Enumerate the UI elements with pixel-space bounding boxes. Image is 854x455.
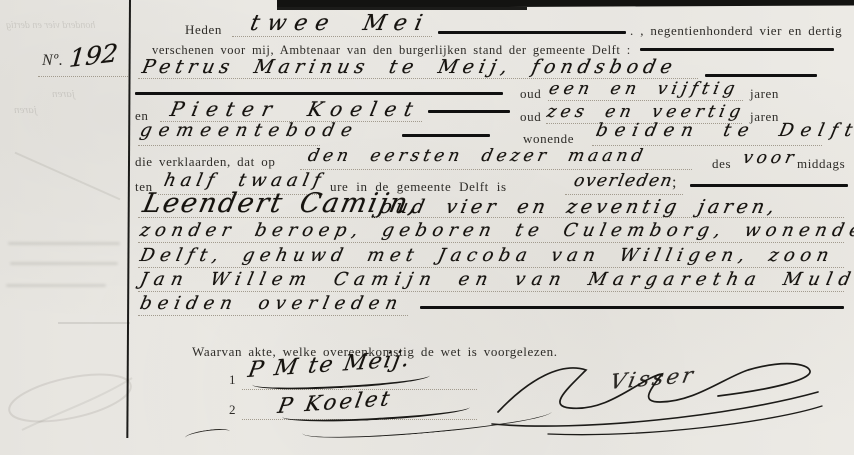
dotted-leader bbox=[138, 267, 844, 268]
handwritten-occupation2: gemeentebode bbox=[138, 120, 361, 141]
stray-pen-stroke bbox=[185, 427, 231, 442]
bleed-through-mark bbox=[6, 284, 106, 287]
dotted-leader bbox=[565, 194, 683, 195]
ink-line bbox=[428, 110, 510, 113]
bleed-through-text-jaren-b: jaren bbox=[14, 104, 37, 116]
handwritten-residence: beiden te Delft bbox=[594, 120, 854, 141]
handwritten-age1: een en vijftig bbox=[547, 79, 741, 99]
handwritten-declarant2: Pieter Koelet bbox=[168, 97, 423, 121]
deceased-detail-line-3: Delft, gehuwd met Jacoba van Willigen, z… bbox=[138, 245, 854, 266]
dotted-leader bbox=[138, 315, 408, 316]
registrar-signature-block: Visser bbox=[490, 350, 825, 438]
bleed-through-signature-oval bbox=[2, 360, 137, 440]
handwritten-declarant1: Petrus Marinus te Meij, fondsbode bbox=[140, 56, 679, 78]
act-number-value: 192 bbox=[68, 38, 119, 73]
act-number-underline bbox=[38, 76, 128, 77]
dotted-leader bbox=[138, 291, 844, 292]
bleed-through-mark bbox=[8, 242, 120, 245]
dotted-leader bbox=[138, 145, 320, 146]
bleed-through-text-year: honderd vier en dertig bbox=[6, 20, 95, 31]
deceased-detail-line-4: Jan Willem Camijn en van Margaretha Muld… bbox=[138, 269, 854, 290]
deceased-detail-line-2: zonder beroep, geboren te Culemborg, won… bbox=[138, 220, 854, 241]
dotted-leader bbox=[138, 242, 844, 243]
bleed-through-text-jaren-a: jaren bbox=[52, 88, 75, 100]
dotted-leader bbox=[548, 100, 743, 101]
ink-line bbox=[402, 134, 490, 137]
printed-oud-label-2: oud bbox=[520, 109, 541, 125]
printed-jaren-label: jaren bbox=[750, 86, 779, 102]
act-number-label: Nº. bbox=[42, 52, 63, 70]
printed-des-label: des bbox=[712, 156, 731, 172]
printed-heden: Heden bbox=[185, 22, 222, 38]
printed-middags-label: middags bbox=[797, 156, 845, 172]
death-certificate-page: honderd vier en dertig Nº. 192 jaren jar… bbox=[0, 0, 854, 455]
handwritten-daypart: voor bbox=[741, 148, 799, 168]
handwritten-death-date: den eersten dezer maand bbox=[306, 146, 648, 166]
handwritten-date: twee Mei bbox=[248, 11, 433, 36]
ink-line bbox=[690, 184, 848, 187]
signature-flourish-loops bbox=[490, 350, 825, 438]
handwritten-age2: zes en veertig bbox=[545, 102, 747, 122]
witness-1-number: 1 bbox=[229, 372, 236, 388]
printed-year-line: . , negentienhonderd vier en dertig bbox=[630, 23, 842, 39]
witness-2-number: 2 bbox=[229, 402, 236, 418]
ink-line bbox=[640, 48, 834, 51]
printed-oud-label: oud bbox=[520, 86, 541, 102]
deceased-age: oud vier en zeventig jaren, bbox=[378, 196, 780, 218]
ink-line bbox=[135, 92, 503, 95]
bleed-through-mark bbox=[10, 262, 118, 265]
dotted-leader bbox=[138, 217, 844, 218]
dotted-leader bbox=[232, 36, 432, 37]
dotted-leader bbox=[300, 169, 692, 170]
printed-declaration-line: die verklaarden, dat op bbox=[135, 154, 275, 170]
bleed-through-mark bbox=[15, 152, 121, 201]
printed-wonende-label: wonende bbox=[523, 131, 574, 147]
ink-line bbox=[705, 74, 817, 77]
ink-line bbox=[420, 306, 844, 309]
deceased-detail-line-5: beiden overleden bbox=[138, 293, 405, 314]
strike-line bbox=[438, 31, 626, 34]
bleed-through-mark bbox=[58, 322, 130, 324]
handwritten-overleden: overleden bbox=[572, 171, 675, 191]
register-edge-bar-taper bbox=[277, 7, 527, 10]
printed-semicolon: ; bbox=[672, 174, 677, 192]
